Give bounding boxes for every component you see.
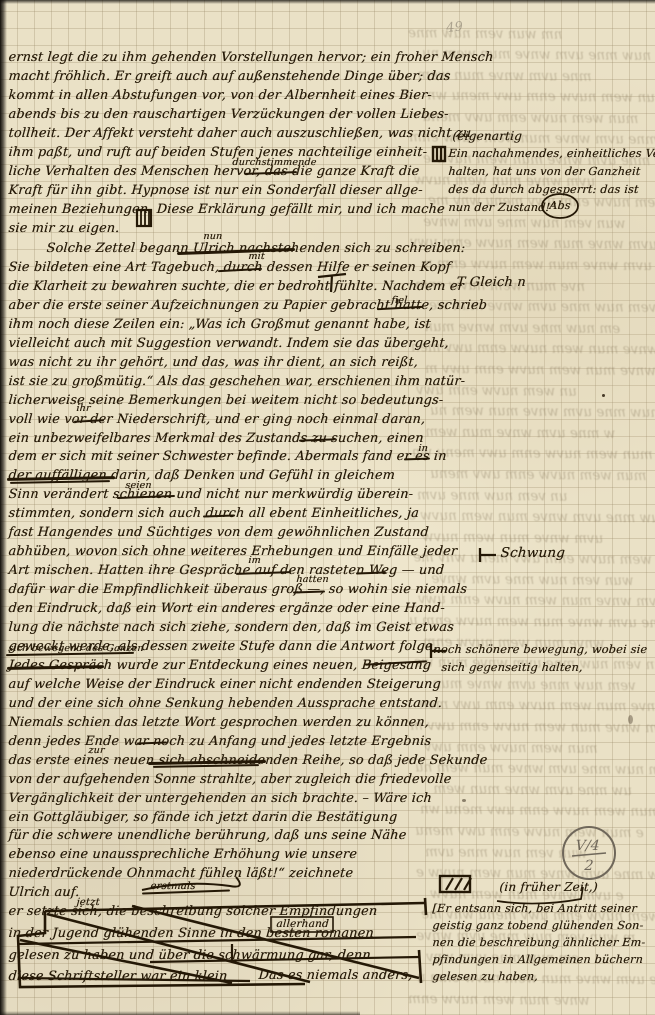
interlinear-insertion: seien: [125, 481, 152, 491]
manuscript-line: Kraft für ihn gibt. Hypnose ist nur ein …: [8, 185, 423, 198]
manuscript-line: macht fröhlich. Er greift auch auf außen…: [8, 71, 451, 84]
manuscript-line: liche Verhalten des Menschen hervor, das…: [8, 166, 420, 179]
manuscript-line: kommt in allen Abstufungen vor, von der …: [8, 90, 432, 103]
manuscript-line: und der eine sich ohne Senkung hebenden …: [8, 698, 442, 711]
bleedthrough-ghost-line: m wnve mun wem nuvw enm uwv m: [410, 720, 655, 736]
manuscript-line: für die schwere unendliche berührung, da…: [8, 830, 407, 843]
margin-note-bewegung-line: sich gegenseitig halten,: [441, 662, 583, 673]
interlinear-insertion: hatten: [296, 575, 329, 585]
bleedthrough-ghost-line: mne uvm wnve mun wem nuvw enm uwv men: [419, 698, 655, 715]
interlinear-insertion: nun: [203, 232, 223, 242]
strikethrough-mark: [10, 480, 110, 484]
manuscript-line: lung die nächste nach sich ziehe, sonder…: [8, 622, 454, 635]
manuscript-line: ernst legt die zu ihm gehenden Vorstellu…: [8, 52, 494, 65]
margin-circled-word: Abs: [549, 200, 571, 211]
interlinear-insertion: zur: [88, 746, 105, 756]
manuscript-line: fast Hangendes und Süchtiges von dem gew…: [8, 527, 429, 540]
bleedthrough-ghost-line: vem nuw mne uvm wnve mun wem nu: [430, 405, 655, 421]
manuscript-line: abends bis zu den rauschartigen Verzücku…: [8, 109, 449, 122]
interlinear-insertion: jetzt: [76, 898, 100, 908]
manuscript-line: ebenso eine unaussprechliche Erhöhung wi…: [8, 849, 357, 862]
manuscript-line: den Eindruck, daß ein Wort ein anderes e…: [8, 603, 445, 616]
bleedthrough-ghost-line: wun vem nuw mne uvm wnve: [419, 216, 626, 232]
bleedthrough-ghost-line: wun vem nuw mne uvm: [425, 846, 587, 861]
margin-note-spaeter-line: pfindungen in Allgemeinen büchern: [432, 954, 643, 965]
manuscript-line: niederdrückende Ohnmacht fühlen läßt!“ z…: [8, 868, 353, 881]
scan-edge-left: [0, 0, 7, 1015]
manuscript-page: nm wun vem nuw mnevem nuw mne uvm wnve m…: [0, 0, 655, 1015]
interlinear-insertion: allerhand: [276, 919, 329, 930]
manuscript-line: Ulrich auf.: [8, 887, 80, 900]
interlinear-insertion: fiel: [391, 296, 408, 306]
manuscript-line: ihm paßt, und ruft auf beiden Stufen jen…: [8, 147, 427, 160]
margin-note-spaeter-heading: (in früher Zeit,): [499, 881, 598, 893]
interlinear-insertion: ihr: [76, 404, 91, 414]
manuscript-line: Sinn verändert schienen und nicht nur me…: [8, 489, 414, 502]
bleedthrough-ghost-line: vem nuw mne uvm wnve mun: [428, 678, 636, 694]
manuscript-line: Niemals schien das letzte Wort gesproche…: [8, 717, 429, 730]
deleted-line: diese Schriftsteller war ein klein: [8, 971, 228, 984]
interlinear-insertion: mit: [248, 252, 265, 262]
margin-note-spaeter-line: gelesen zu haben,: [432, 971, 538, 982]
ink-dot: [602, 394, 605, 397]
margin-note-verhalten-line: nun der Zustand!“: [448, 202, 557, 213]
bleedthrough-ghost-line: nuw mne uvm wnve mun wem nuvw e: [408, 510, 655, 526]
interlinear-insertion: durchstimmende: [232, 158, 317, 168]
manuscript-line: voll wie vor der Niederschrift, und er g…: [8, 414, 426, 427]
bleedthrough-ghost-line: mun wem nuvw enm uwv menu: [418, 111, 639, 127]
margin-note-schwung: Schwung: [500, 547, 565, 561]
archive-number-top: V/4: [575, 839, 600, 853]
manuscript-line: Sie bildeten eine Art Tagebuch, durch de…: [8, 262, 451, 275]
manuscript-line: ist sie zu großmütig.“ Als das geschehen…: [8, 376, 466, 389]
bleedthrough-ghost-line: uw mne uvm wnve mun wem: [429, 783, 632, 799]
margin-note-gleich: T Gleich n: [456, 276, 526, 289]
bleedthrough-ghost-line: uvm wnve mun wem nuvw enm uwv menu wn: [420, 803, 655, 820]
margin-note-eigenartig: (eigenartig: [452, 130, 522, 142]
manuscript-line: die Klarheit zu bewahren suchte, die er …: [8, 281, 464, 294]
margin-note-spaeter-line: [Er entsann sich, bei Antritt seiner: [432, 903, 637, 914]
manuscript-line: von der aufgehenden Sonne strahlte, aber…: [8, 774, 452, 787]
manuscript-line: vielleicht auch mit Suggestion verwandt.…: [8, 338, 449, 351]
manuscript-line: ein unbezweifelbares Merkmal des Zustand…: [8, 433, 424, 446]
bleedthrough-ghost-line: wnve mun wem nuvw enm: [408, 993, 594, 1008]
bleedthrough-ghost-line: w mne uvm wnve mun wem: [421, 426, 615, 442]
manuscript-line: was nicht zu ihr gehört, und das, was ih…: [8, 357, 418, 370]
bleedthrough-ghost-line: un vem nuw mne uvm: [417, 489, 568, 504]
margin-note-verhalten-line: des da durch abgesperrt: das ist: [448, 184, 639, 195]
manuscript-line: abhüben, wovon sich ohne weiteres Erhebu…: [8, 546, 458, 559]
bleedthrough-ghost-line: em nuw mne uvm wnve mun: [420, 321, 620, 337]
manuscript-line: dafür war die Empfindlichkeit überaus gr…: [8, 584, 467, 597]
archive-number-bottom: 2: [584, 859, 594, 873]
interlinear-insertion: in: [418, 444, 428, 454]
ink-dot: [628, 715, 633, 724]
bleedthrough-ghost-line: e mun wem nuvw enm uwv menu: [411, 825, 644, 841]
bleedthrough-ghost-line: nm wun vem nuw mne: [408, 27, 563, 42]
deleted-line: gelesen zu haben und über die schwärmung…: [8, 950, 371, 963]
manuscript-line: licherweise seine Bemerkungen bei weitem…: [8, 395, 444, 408]
margin-note-bewegung-line: noch schönere bewegung, wobei sie: [433, 644, 648, 655]
margin-note-verhalten-line: halten, hat uns von der Ganzheit: [448, 166, 641, 177]
margin-note-spaeter-line: nen die beschreibung ähnlicher Em-: [432, 937, 646, 948]
manuscript-line: ihm noch diese Zeilen ein: „Was ich Groß…: [8, 319, 431, 332]
bleedthrough-ghost-line: vm wnve mun wem nuvw enm uwv menu wn: [412, 446, 655, 463]
scan-edge-bottom: [0, 1011, 360, 1015]
pencil-page-number: 49: [446, 20, 464, 35]
deleted-line: er setzte sich, die beschreibung solcher…: [8, 906, 378, 919]
bleedthrough-ghost-line: m wnve mun wem nuvw enm uwv menu wn: [427, 89, 655, 106]
manuscript-line: ein Gottgläubiger, so fände ich jetzt da…: [8, 812, 398, 825]
bleedthrough-ghost-line: mun wem nuvw enm uwv menu: [426, 468, 651, 484]
manuscript-line: tollheit. Der Affekt versteht daher auch…: [8, 128, 472, 141]
manuscript-line: Vergänglichkeit der untergehenden an sic…: [8, 793, 432, 806]
manuscript-line: denn jedes Ende war noch zu Anfang und j…: [8, 736, 432, 749]
manuscript-line: meinen Beziehungen. Diese Erklärung gefä…: [8, 204, 445, 217]
margin-note-verhalten-line: Ein nachahmendes, einheitliches Ver-: [448, 148, 655, 159]
scan-edge-top: [0, 0, 655, 4]
ink-dot: [462, 799, 466, 802]
block-tail-line: Das es niemals anders,: [258, 970, 413, 983]
manuscript-line: dem er sich mit seiner Schwester befinde…: [8, 451, 447, 464]
manuscript-line: auf welche Weise der Eindruck einer nich…: [8, 679, 441, 692]
manuscript-line: sie mir zu eigen.: [8, 223, 120, 236]
interlinear-insertion: im: [248, 556, 261, 566]
bleedthrough-ghost-line: e uvm wnve mun wem nuvw enm u: [424, 258, 655, 274]
margin-note-spaeter-line: geistig ganz tobend glühenden Son-: [432, 920, 644, 931]
